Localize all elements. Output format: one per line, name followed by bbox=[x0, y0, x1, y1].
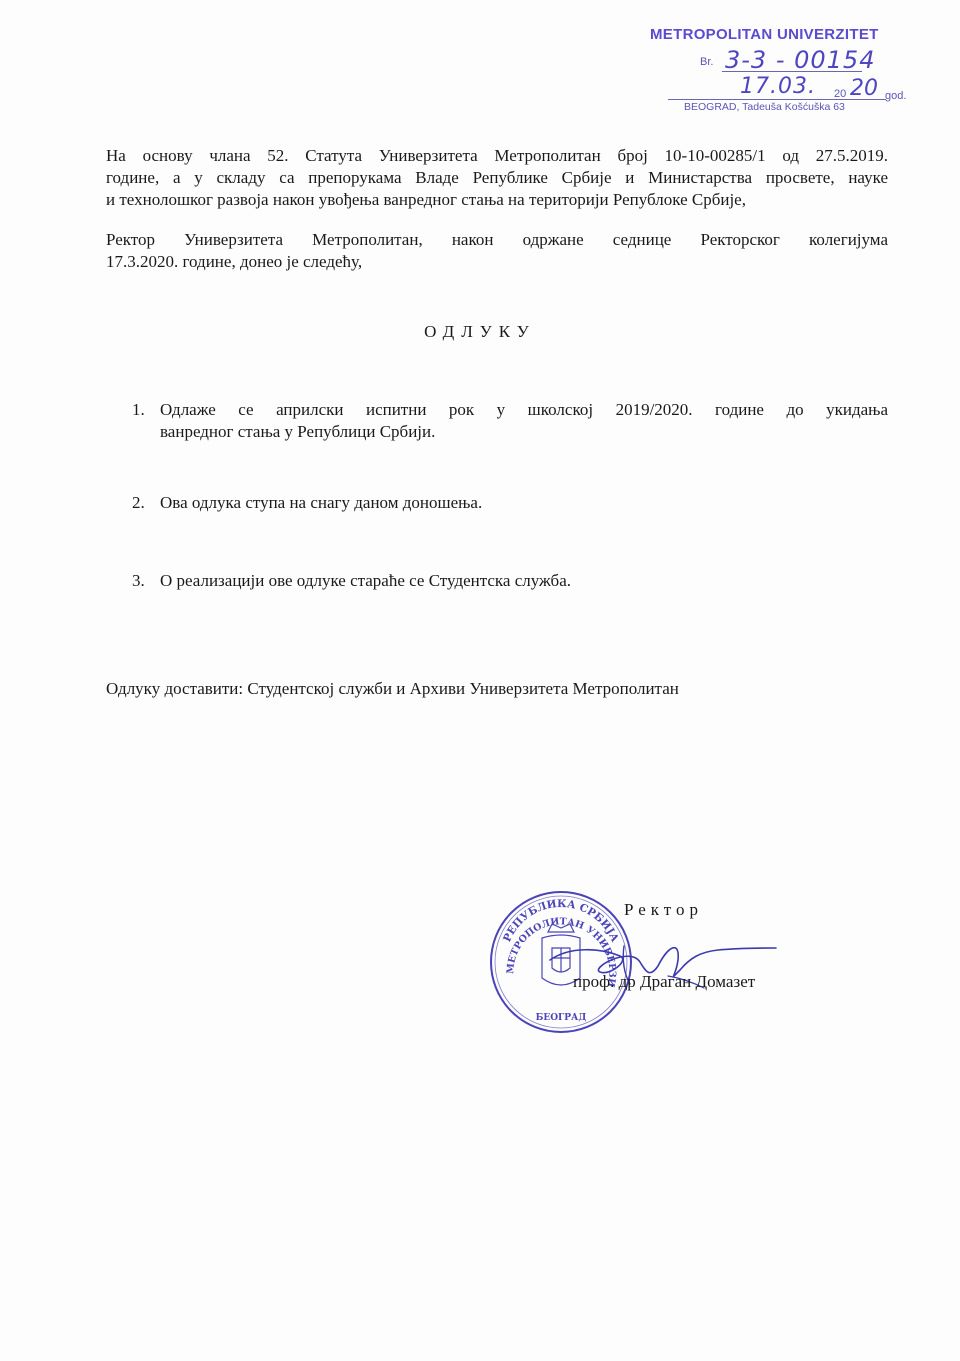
preamble-line: Ректор Универзитета Метрополитан, након … bbox=[106, 229, 888, 251]
document-heading: ОДЛУКУ bbox=[0, 322, 960, 342]
stamp-underline bbox=[722, 71, 862, 72]
preamble-line: године, а у складу са препорукама Владе … bbox=[106, 167, 888, 189]
stamp-year: 20 bbox=[850, 76, 878, 101]
stamp-address: BEOGRAD, Tadeuša Košćuška 63 bbox=[684, 101, 845, 113]
stamp-number-label: Br. bbox=[700, 56, 713, 68]
item-line: Ова одлука ступа на снагу даном доношења… bbox=[160, 492, 888, 514]
svg-text:БЕОГРАД: БЕОГРАД bbox=[536, 1013, 587, 1023]
preamble-paragraph-2: Ректор Универзитета Метрополитан, након … bbox=[106, 229, 888, 273]
item-text: Одлаже се априлски испитни рок у школско… bbox=[160, 399, 888, 443]
delivery-note: Одлуку доставити: Студентској служби и А… bbox=[106, 678, 679, 700]
item-line: ванредног стања у Републици Србији. bbox=[160, 421, 888, 443]
item-text: Ова одлука ступа на снагу даном доношења… bbox=[160, 492, 888, 514]
preamble-paragraph-1: На основу члана 52. Статута Универзитета… bbox=[106, 145, 888, 211]
stamp-institution: METROPOLITAN UNIVERZITET bbox=[650, 26, 879, 43]
item-text: О реализацији ове одлуке стараће се Студ… bbox=[160, 570, 888, 592]
document-page: METROPOLITAN UNIVERZITET Br. 3-3 - 00154… bbox=[0, 0, 960, 1361]
item-number: 3. bbox=[132, 570, 145, 592]
stamp-date: 17.03. bbox=[740, 74, 816, 99]
item-line: Одлаже се априлски испитни рок у школско… bbox=[160, 399, 888, 421]
signature-title: Ректор bbox=[624, 900, 703, 920]
item-number: 1. bbox=[132, 399, 145, 421]
preamble-line: 17.3.2020. године, донео је следећу, bbox=[106, 251, 888, 273]
item-number: 2. bbox=[132, 492, 145, 514]
preamble-line: На основу члана 52. Статута Универзитета… bbox=[106, 145, 888, 167]
stamp-year-label: god. bbox=[885, 90, 906, 102]
item-line: О реализацији ове одлуке стараће се Студ… bbox=[160, 570, 888, 592]
signatory-name: проф. др Драган Домазет bbox=[573, 972, 755, 992]
stamp-underline bbox=[668, 99, 886, 100]
stamp-number: 3-3 - 00154 bbox=[725, 46, 875, 74]
preamble-line: и технолошког развоја након увођења ванр… bbox=[106, 189, 888, 211]
